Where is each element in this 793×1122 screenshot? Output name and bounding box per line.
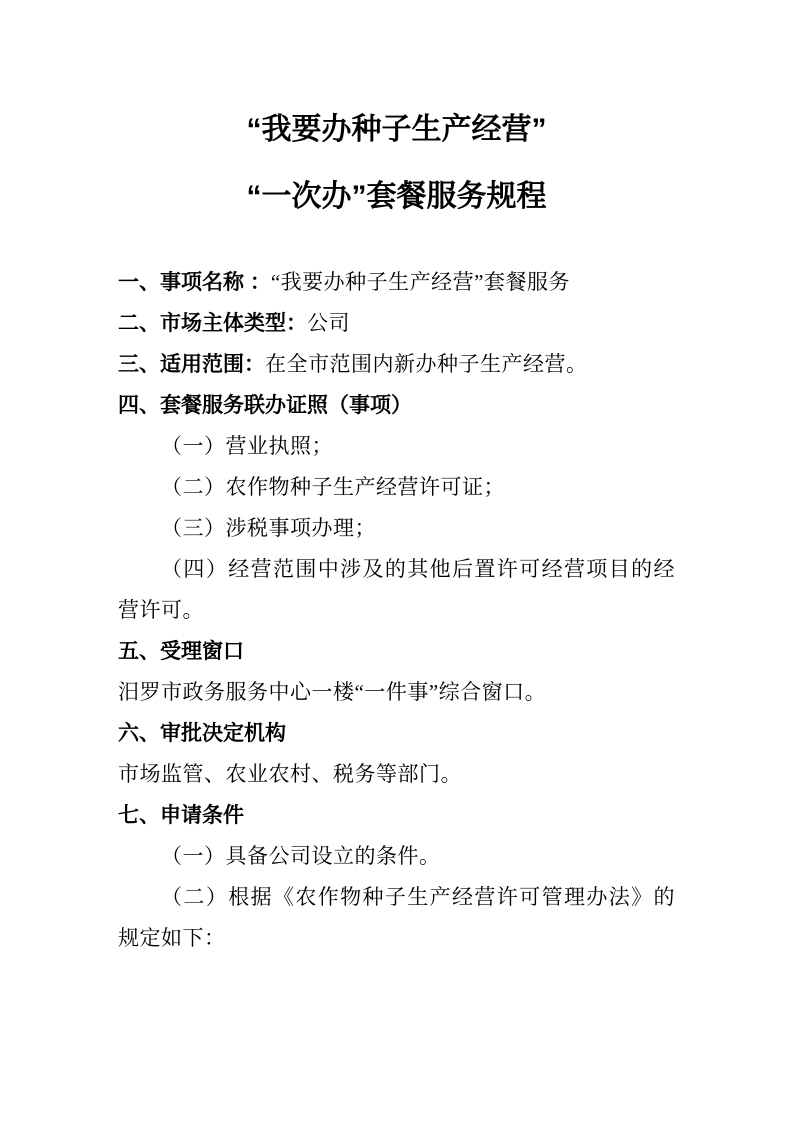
document-body: 一、事项名称 ：“我要办种子生产经营”套餐服务 二、市场主体类型：公司 三、适用… (118, 262, 675, 959)
section-accept-window: 五、受理窗口 (118, 631, 675, 672)
section-heading: 二、市场主体类型： (118, 312, 307, 335)
paragraph-text: 市场监管、农业农村、税务等部门。 (118, 762, 462, 786)
list-item-text: （三）涉税事项办理； (161, 516, 376, 540)
section-entity-type: 二、市场主体类型：公司 (118, 303, 675, 344)
section-heading: 六、审批决定机构 (118, 722, 286, 745)
document-page: “我要办种子生产经营” “一次办”套餐服务规程 一、事项名称 ：“我要办种子生产… (0, 0, 793, 1122)
list-item-text: （四）经营范围中涉及的其他后置许可经营项目的经营许可。 (118, 557, 675, 622)
license-item-3: （三）涉税事项办理； (118, 508, 675, 549)
paragraph-text: 汨罗市政务服务中心一楼“一件事”综合窗口。 (118, 680, 546, 704)
accept-window-text: 汨罗市政务服务中心一楼“一件事”综合窗口。 (118, 672, 675, 713)
list-item-text: （二）根据《农作物种子生产经营许可管理办法》的规定如下： (118, 885, 675, 950)
section-heading: 一、事项名称 ： (118, 271, 271, 294)
section-heading: 七、申请条件 (118, 804, 244, 827)
condition-item-2: （二）根据《农作物种子生产经营许可管理办法》的规定如下： (118, 877, 675, 959)
list-item-text: （一）营业执照； (161, 434, 333, 458)
approval-authority-text: 市场监管、农业农村、税务等部门。 (118, 754, 675, 795)
license-item-4: （四）经营范围中涉及的其他后置许可经营项目的经营许可。 (118, 549, 675, 631)
section-scope: 三、适用范围：在全市范围内新办种子生产经营。 (118, 344, 675, 385)
section-package-licenses: 四、套餐服务联办证照（事项） (118, 385, 675, 426)
section-heading: 三、适用范围： (118, 353, 265, 376)
list-item-text: （一）具备公司设立的条件。 (161, 844, 441, 868)
license-item-1: （一）营业执照； (118, 426, 675, 467)
document-content: “我要办种子生产经营” “一次办”套餐服务规程 一、事项名称 ：“我要办种子生产… (0, 96, 793, 959)
title-line-2: “一次办”套餐服务规程 (118, 163, 675, 230)
section-heading: 五、受理窗口 (118, 640, 244, 663)
section-heading: 四、套餐服务联办证照（事项） (118, 394, 412, 417)
section-text: “我要办种子生产经营”套餐服务 (271, 270, 570, 294)
license-item-2: （二）农作物种子生产经营许可证； (118, 467, 675, 508)
section-item-name: 一、事项名称 ：“我要办种子生产经营”套餐服务 (118, 262, 675, 303)
list-item-text: （二）农作物种子生产经营许可证； (161, 475, 505, 499)
document-title: “我要办种子生产经营” “一次办”套餐服务规程 (118, 96, 675, 230)
section-text: 在全市范围内新办种子生产经营。 (265, 352, 588, 376)
condition-item-1: （一）具备公司设立的条件。 (118, 836, 675, 877)
title-line-1: “我要办种子生产经营” (118, 96, 675, 163)
section-approval-authority: 六、审批决定机构 (118, 713, 675, 754)
section-text: 公司 (307, 311, 350, 335)
section-application-conditions: 七、申请条件 (118, 795, 675, 836)
